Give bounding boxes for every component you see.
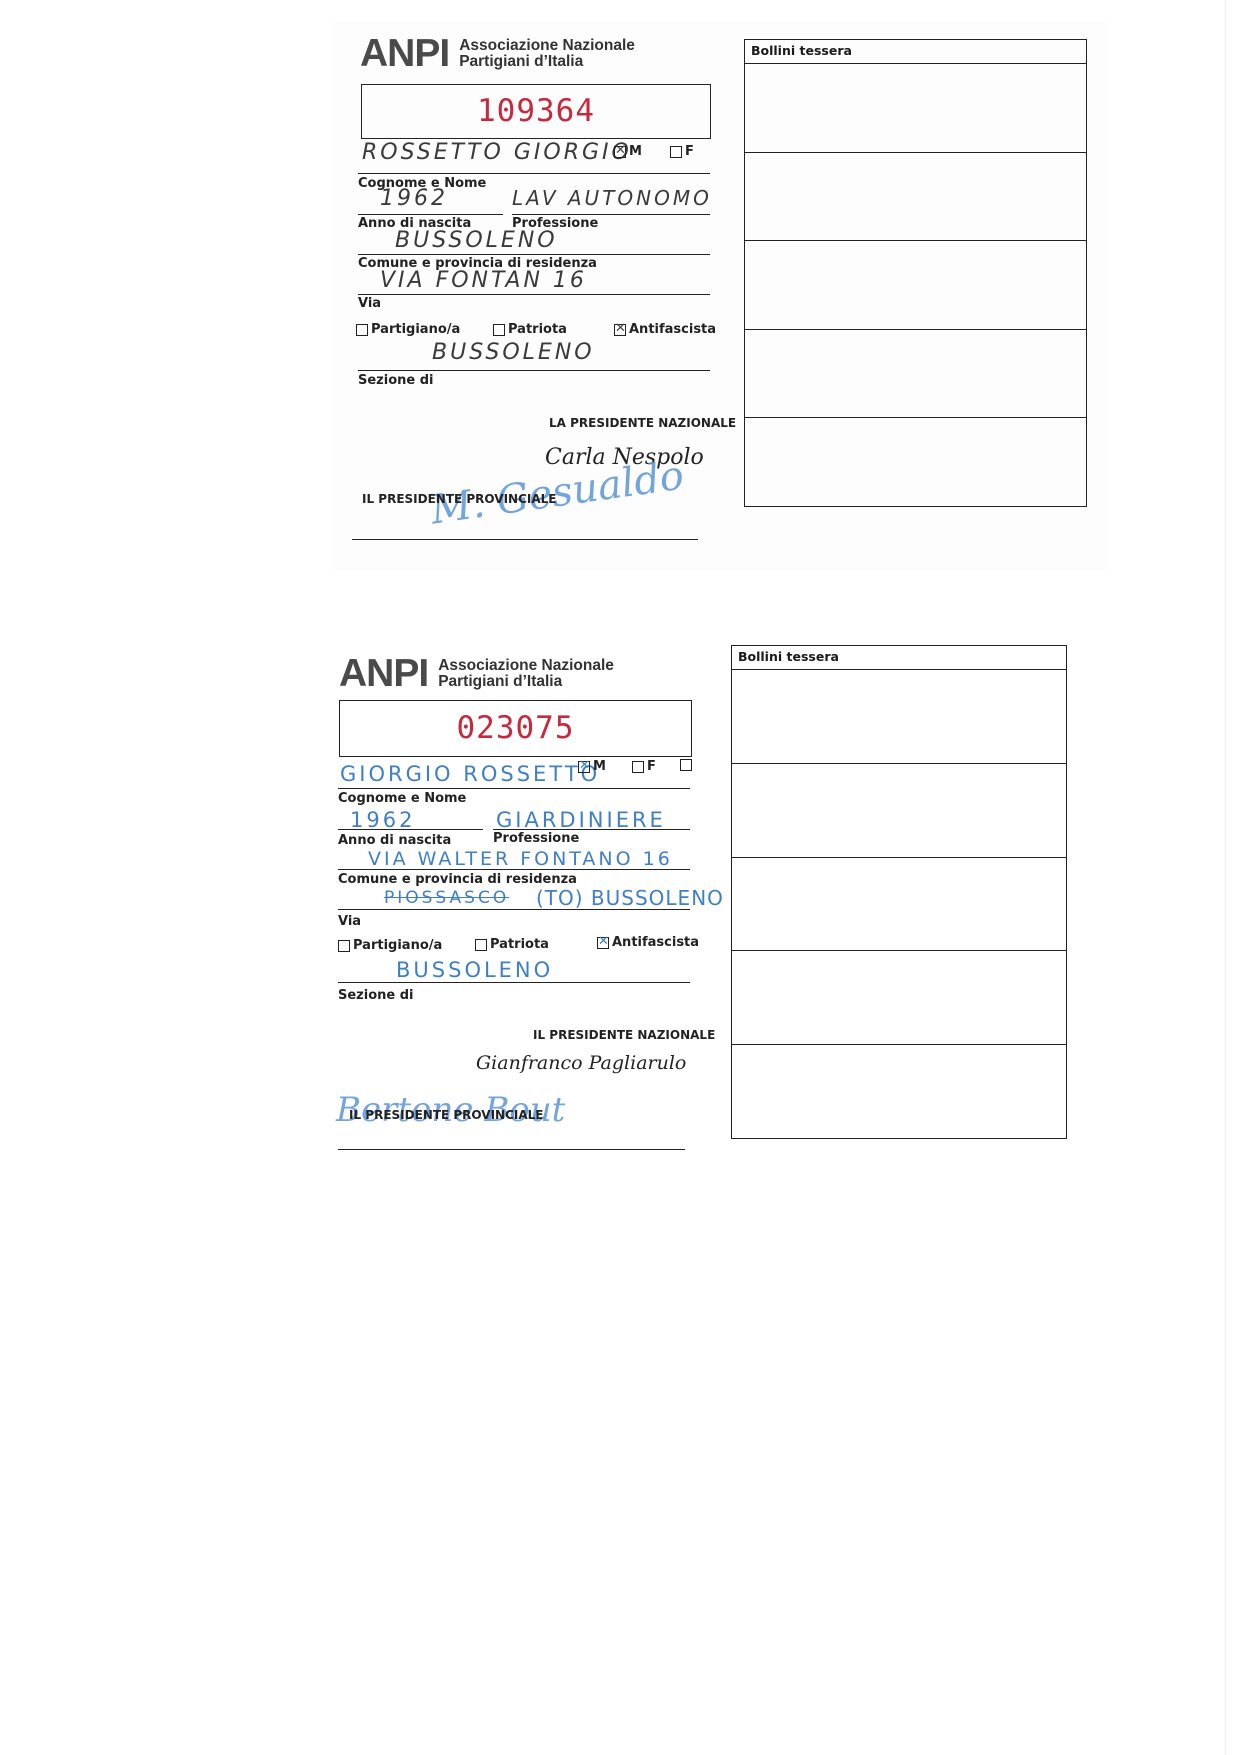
stamp-slot [745, 330, 1086, 419]
street-value: VIA FONTAN 16 [380, 268, 587, 293]
checkbox-checked-icon [614, 146, 626, 158]
stamp-slot [745, 418, 1086, 506]
birth-year-line [358, 214, 503, 215]
sex-m-checkbox[interactable]: M [614, 144, 642, 159]
name-line [338, 788, 690, 789]
checkbox-empty-icon [680, 759, 692, 771]
national-president-label: IL PRESIDENTE NAZIONALE [533, 1028, 715, 1042]
checkbox-empty-icon [493, 324, 505, 336]
checkbox-empty-icon [670, 146, 682, 158]
profession-line [493, 829, 690, 830]
category-patriota-checkbox[interactable]: Patriota [493, 322, 567, 337]
residence-value: VIA WALTER FONTANO 16 [368, 848, 673, 870]
section-label: Sezione di [358, 373, 434, 388]
category-antifascista-checkbox[interactable]: Antifascista [597, 935, 699, 950]
section-line [338, 982, 690, 983]
checkbox-checked-icon [597, 937, 609, 949]
scan-edge [1225, 0, 1226, 1755]
checkbox-empty-icon [338, 940, 350, 952]
checkbox-empty-icon [356, 324, 368, 336]
provincial-signature-line [352, 539, 698, 540]
profession-label: Professione [493, 831, 579, 846]
stamp-slot [732, 951, 1066, 1045]
birth-year-line [338, 829, 483, 830]
street-line [338, 909, 690, 910]
residence-value: BUSSOLENO [395, 228, 558, 253]
section-line [358, 370, 710, 371]
stamps-panel: Bollini tessera [731, 645, 1067, 1139]
logo-acronym: ANPI [360, 34, 449, 73]
sex-f-checkbox[interactable]: F [632, 759, 656, 774]
stamp-slot [732, 670, 1066, 764]
stamp-slot [732, 764, 1066, 858]
provincial-signature-line [338, 1149, 685, 1150]
name-value: GIORGIO ROSSETTO [340, 762, 600, 786]
street-value: (TO) BUSSOLENO [536, 886, 724, 910]
name-label: Cognome e Nome [338, 791, 466, 806]
stamp-slot [732, 1045, 1066, 1138]
checkbox-empty-icon [475, 939, 487, 951]
profession-line [512, 214, 710, 215]
profession-value: LAV AUTONOMO [512, 186, 712, 210]
stamps-panel: Bollini tessera [744, 39, 1087, 507]
section-value: BUSSOLENO [396, 958, 553, 982]
checkbox-checked-icon [614, 324, 626, 336]
logo-org-name: Associazione Nazionale Partigiani d’Ital… [438, 658, 614, 690]
checkbox-empty-icon [632, 761, 644, 773]
anpi-logo: ANPI Associazione Nazionale Partigiani d… [360, 34, 635, 73]
category-patriota-checkbox[interactable]: Patriota [475, 937, 549, 952]
sex-f-checkbox[interactable]: F [670, 144, 694, 159]
national-president-label: LA PRESIDENTE NAZIONALE [549, 416, 736, 430]
logo-org-name: Associazione Nazionale Partigiani d’Ital… [459, 38, 635, 70]
section-value: BUSSOLENO [432, 340, 595, 365]
stamps-header: Bollini tessera [732, 646, 1066, 670]
stamps-header: Bollini tessera [745, 40, 1086, 64]
national-president-signature: Gianfranco Pagliarulo [476, 1052, 686, 1074]
category-partigiano-checkbox[interactable]: Partigiano/a [338, 938, 442, 953]
provincial-president-label: IL PRESIDENTE PROVINCIALE [349, 1108, 544, 1122]
name-value: ROSSETTO GIORGIO [362, 140, 632, 165]
street-line [358, 294, 710, 295]
section-label: Sezione di [338, 988, 414, 1003]
anpi-logo: ANPI Associazione Nazionale Partigiani d… [339, 654, 614, 693]
category-partigiano-checkbox[interactable]: Partigiano/a [356, 322, 460, 337]
stamp-slot [745, 241, 1086, 330]
street-label: Via [338, 914, 361, 929]
card-number: 109364 [361, 84, 711, 139]
residence-label: Comune e provincia di residenza [338, 872, 577, 887]
category-antifascista-checkbox[interactable]: Antifascista [614, 322, 716, 337]
residence-line [358, 254, 710, 255]
name-line [358, 173, 710, 174]
birth-year-label: Anno di nascita [338, 833, 451, 848]
provincial-president-label: IL PRESIDENTE PROVINCIALE [362, 492, 557, 506]
stamp-slot [732, 858, 1066, 952]
stamp-slot [745, 64, 1086, 153]
sex-extra-checkbox[interactable] [680, 759, 695, 771]
stamp-slot [745, 153, 1086, 242]
street-label: Via [358, 296, 381, 311]
residence-line [338, 869, 690, 870]
birth-year-value: 1962 [380, 186, 448, 211]
logo-acronym: ANPI [339, 654, 428, 693]
street-value-struck: PIOSSASCO [384, 888, 509, 908]
card-number: 023075 [339, 700, 692, 757]
sex-m-checkbox[interactable]: M [578, 759, 606, 774]
checkbox-checked-icon [578, 761, 590, 773]
